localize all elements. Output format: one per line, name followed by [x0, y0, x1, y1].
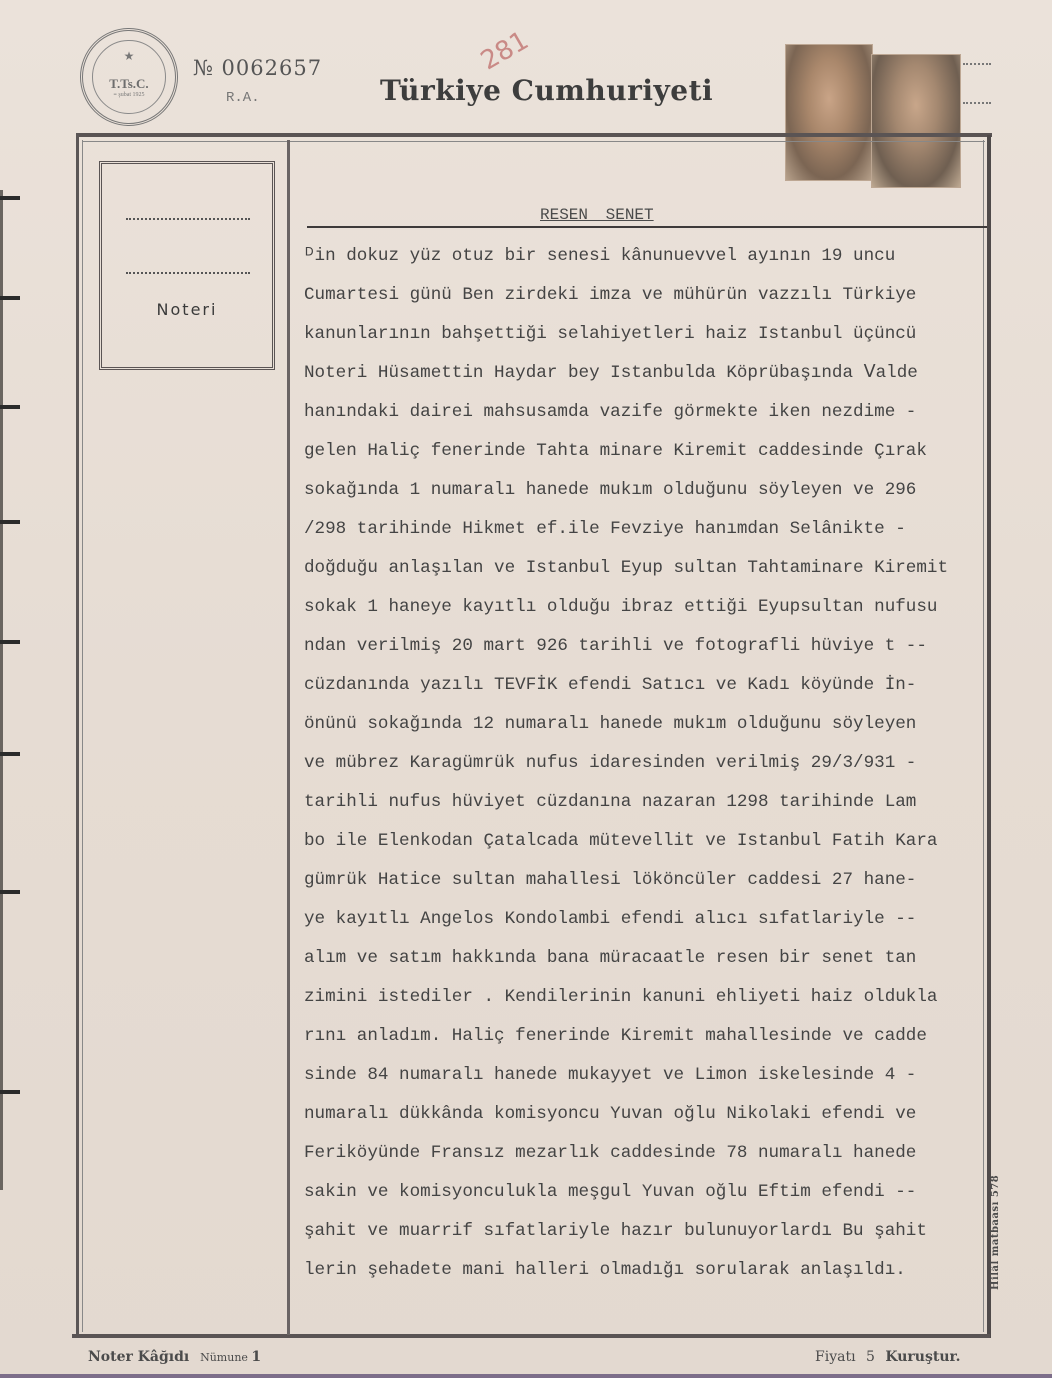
- text-line: gümrük Hatice sultan mahallesi lököncüle…: [304, 866, 1004, 905]
- sample-label: Nümune 1: [200, 1351, 261, 1364]
- dotted-line: [126, 272, 250, 274]
- text-line: sokak 1 haneye kayıtlı olduğu ibraz etti…: [304, 593, 1004, 632]
- handwritten-note: 281: [476, 26, 534, 77]
- serial-number: № 0062657: [193, 56, 322, 80]
- text-line: tarihli nufus hüviyet cüzdanına nazaran …: [304, 788, 1004, 827]
- text-line: sinde 84 numaralı hanede mukayyet ve Lim…: [304, 1061, 1004, 1100]
- seal-letters: T.Ts.C.: [109, 76, 148, 92]
- text-line: cüzdanında yazılı TEVFİK efendi Satıcı v…: [304, 671, 1004, 710]
- dotted-line: [963, 63, 991, 65]
- portrait-photo-1: [785, 44, 873, 181]
- text-line: sakin ve komisyonculukla meşgul Yuvan oğ…: [304, 1178, 1004, 1217]
- binder-mark: [0, 405, 20, 409]
- sample-text: Nümune: [200, 1351, 248, 1364]
- series-code: R.A.: [226, 90, 260, 106]
- text-line: gelen Haliç fenerinde Tahta minare Kirem…: [304, 437, 1004, 476]
- footer-price: Fiyatı 5 Kuruştur.: [815, 1349, 960, 1365]
- text-line: Noteri Hüsamettin Haydar bey Istanbulda …: [304, 359, 1004, 398]
- column-divider: [287, 140, 290, 1335]
- text-line: kanunlarının bahşettiği selahiyetleri ha…: [304, 320, 1004, 359]
- text-line: Feriköyünde Fransız mezarlık caddesinde …: [304, 1139, 1004, 1178]
- page-bottom-edge: [0, 1374, 1052, 1378]
- text-line: lerin şehadete mani halleri olmadığı sor…: [304, 1256, 1004, 1295]
- printer-imprint: Hilâl matbaası 578: [990, 1175, 1001, 1290]
- price-label: Fiyatı: [815, 1349, 856, 1365]
- text-line: doğduğu anlaşılan ve Istanbul Eyup sulta…: [304, 554, 1004, 593]
- binder-mark: [0, 752, 20, 756]
- frame-border-bottom: [72, 1334, 990, 1338]
- binder-mark: [0, 196, 20, 200]
- paper-type-label: Noter Kâğıdı: [88, 1349, 189, 1365]
- binder-mark: [0, 296, 20, 300]
- footer-paper-type: Noter Kâğıdı Nümune 1: [88, 1349, 261, 1365]
- frame-border-left: [76, 133, 79, 1338]
- notary-label: Noteri: [102, 300, 272, 319]
- text-line: Cumartesi günü Ben zirdeki imza ve mühür…: [304, 281, 1004, 320]
- text-line: /298 tarihinde Hikmet ef.ile Fevziye han…: [304, 515, 1004, 554]
- text-line: şahit ve muarrif sıfatlariyle hazır bulu…: [304, 1217, 1004, 1256]
- price-value: 5: [866, 1349, 875, 1365]
- binder-mark: [0, 520, 20, 524]
- text-line: sokağında 1 numaralı hanede mukım olduğu…: [304, 476, 1004, 515]
- frame-inner-left: [82, 140, 83, 1332]
- text-line: alım ve satım hakkında bana müracaatle r…: [304, 944, 1004, 983]
- text-line: numaralı dükkânda komisyoncu Yuvan oğlu …: [304, 1100, 1004, 1139]
- document-body: ᴰin dokuz yüz otuz bir senesi kânunuevve…: [304, 242, 1004, 1295]
- text-line: ndan verilmiş 20 mart 926 tarihli ve fot…: [304, 632, 1004, 671]
- dotted-line: [126, 218, 250, 220]
- text-line: önünü sokağında 12 numaralı hanede mukım…: [304, 710, 1004, 749]
- frame-border-top: [77, 133, 992, 137]
- document-title: Türkiye Cumhuriyeti: [380, 74, 713, 107]
- binder-mark: [0, 640, 20, 644]
- text-line: ye kayıtlı Angelos Kondolambi efendi alı…: [304, 905, 1004, 944]
- binder-mark: [0, 1090, 20, 1094]
- text-line: ve mübrez Karagümrük nufus idaresinden v…: [304, 749, 1004, 788]
- document-page: ★ T.Ts.C. ≡ şubat 1925 № 0062657 R.A. Tü…: [0, 0, 1052, 1378]
- sample-number: 1: [251, 1349, 261, 1365]
- seal-subtext: ≡ şubat 1925: [113, 92, 144, 98]
- text-line: bo ile Elenkodan Çatalcada mütevellit ve…: [304, 827, 1004, 866]
- official-seal-icon: ★ T.Ts.C. ≡ şubat 1925: [80, 28, 178, 126]
- binder-edge: [0, 190, 3, 1190]
- text-line: zimini istediler . Kendilerinin kanuni e…: [304, 983, 1004, 1022]
- price-unit: Kuruştur.: [885, 1349, 960, 1365]
- text-line: ᴰin dokuz yüz otuz bir senesi kânunuevve…: [304, 242, 1004, 281]
- frame-inner-line: [82, 141, 985, 142]
- document-heading: RESEN SENET: [540, 206, 654, 224]
- text-line: rını anladım. Haliç fenerinde Kiremit ma…: [304, 1022, 1004, 1061]
- dotted-line: [963, 102, 991, 104]
- text-line: hanındaki dairei mahsusamda vazife görme…: [304, 398, 1004, 437]
- portrait-photo-2: [871, 54, 961, 188]
- photo-strip: [785, 44, 960, 184]
- notary-stamp-box: Noteri: [99, 161, 275, 370]
- binder-mark: [0, 890, 20, 894]
- star-icon: ★: [124, 50, 135, 62]
- heading-rule: [307, 226, 987, 228]
